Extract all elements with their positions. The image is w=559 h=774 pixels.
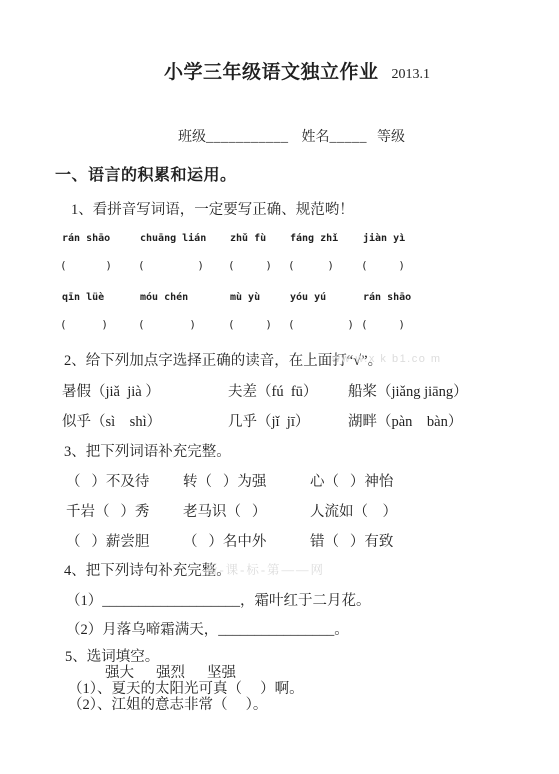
worksheet-page: 小学三年级语文独立作业 2013.1 班级 ___________ 姓名 ___… — [0, 0, 559, 774]
answer-parens: () — [228, 259, 272, 272]
idiom-blank: 人流如（ ） — [310, 500, 529, 521]
answer-parens: () — [228, 318, 272, 331]
answer-parens: () — [288, 318, 354, 331]
answer-parens: () — [361, 318, 405, 331]
q1-pinyin-row-2: qīn lüè móu chén mù yù yóu yú rán shāo — [62, 292, 519, 303]
answer-parens: () — [288, 259, 334, 272]
grade-label: 等级 — [377, 126, 405, 146]
section-heading: 一、语言的积累和运用。 — [55, 162, 237, 185]
idiom-blank: （ ）薪尝胆 — [66, 530, 183, 551]
pinyin-word: qīn lüè — [62, 292, 140, 303]
open-paren: ( — [228, 259, 235, 272]
pinyin-word: fáng zhǐ — [290, 233, 363, 244]
watermark-xinkebiao: 新-课-标-第——网 — [205, 560, 325, 578]
watermark-xkb1: ww w.x k b1.co m — [332, 353, 442, 365]
close-paren: ) — [105, 259, 112, 272]
answer-parens: () — [138, 318, 196, 331]
q3-prompt: 3、把下列词语补充完整。 — [64, 440, 231, 461]
idiom-blank: 转（ ）为强 — [183, 470, 310, 491]
close-paren: ) — [398, 259, 405, 272]
pronunciation-choice: 船桨（jiǎng jiāng） — [348, 380, 529, 401]
q2-row-1: 暑假（jiǎ jià ） 夫差（fú fū） 船桨（jiǎng jiāng） — [62, 380, 529, 401]
pronunciation-choice: 湖畔（pàn bàn） — [348, 410, 529, 431]
name-blank-line: _____ — [330, 130, 368, 146]
open-paren: ( — [288, 259, 295, 272]
close-paren: ) — [398, 318, 405, 331]
student-info-row: 班级 ___________ 姓名 _____ 等级 — [178, 126, 405, 146]
close-paren: ) — [347, 318, 354, 331]
open-paren: ( — [60, 318, 67, 331]
pronunciation-choice: 似乎（sì shì） — [62, 410, 228, 431]
q3-row-3: （ ）薪尝胆 （ ）名中外 错（ ）有致 — [66, 530, 529, 551]
open-paren: ( — [138, 318, 145, 331]
pinyin-word: rán shāo — [62, 233, 140, 244]
close-paren: ) — [327, 259, 334, 272]
pinyin-word: rán shāo — [363, 292, 519, 303]
q1-pinyin-row-1: rán shāo chuāng lián zhǔ fù fáng zhǐ jià… — [62, 233, 519, 244]
q1-answer-row-1: () () () () () — [60, 259, 519, 272]
close-paren: ) — [197, 259, 204, 272]
pinyin-word: jiàn yì — [363, 233, 519, 244]
idiom-blank: 老马识（ ） — [183, 500, 310, 521]
pronunciation-choice: 暑假（jiǎ jià ） — [62, 380, 228, 401]
q4-poem-line-2: （2）月落乌啼霜满天，________________。 — [66, 618, 349, 639]
open-paren: ( — [228, 318, 235, 331]
answer-parens: () — [60, 318, 108, 331]
worksheet-date: 2013.1 — [392, 67, 431, 83]
title-row: 小学三年级语文独立作业 2013.1 — [164, 57, 430, 84]
open-paren: ( — [288, 318, 295, 331]
pinyin-word: chuāng lián — [140, 233, 230, 244]
close-paren: ) — [265, 259, 272, 272]
close-paren: ) — [189, 318, 196, 331]
idiom-blank: （ ）不及待 — [66, 470, 183, 491]
pinyin-word: zhǔ fù — [230, 233, 290, 244]
open-paren: ( — [60, 259, 67, 272]
q1-prompt: 1、看拼音写词语，一定要写正确、规范哟！ — [71, 198, 354, 219]
q3-row-2: 千岩（ ）秀 老马识（ ） 人流如（ ） — [66, 500, 529, 521]
answer-parens: () — [138, 259, 204, 272]
pronunciation-choice: 几乎（jǐ jī） — [228, 410, 348, 431]
q5-sentence-2: （2）、江姐的意志非常（ ）。 — [68, 693, 267, 714]
class-blank-line: ___________ — [206, 130, 289, 146]
answer-parens: () — [361, 259, 405, 272]
q4-poem-line-1: （1）___________________，霜叶红于二月花。 — [66, 589, 371, 610]
idiom-blank: （ ）名中外 — [183, 530, 310, 551]
pinyin-word: yóu yú — [290, 292, 363, 303]
name-label: 姓名 — [302, 126, 330, 146]
pinyin-word: móu chén — [140, 292, 230, 303]
answer-parens: () — [60, 259, 112, 272]
close-paren: ) — [101, 318, 108, 331]
worksheet-title: 小学三年级语文独立作业 — [164, 57, 379, 84]
idiom-blank: 错（ ）有致 — [310, 530, 529, 551]
idiom-blank: 千岩（ ）秀 — [66, 500, 183, 521]
q2-row-2: 似乎（sì shì） 几乎（jǐ jī） 湖畔（pàn bàn） — [62, 410, 529, 431]
pinyin-word: mù yù — [230, 292, 290, 303]
pronunciation-choice: 夫差（fú fū） — [228, 380, 348, 401]
open-paren: ( — [361, 259, 368, 272]
class-label: 班级 — [178, 126, 206, 146]
q3-row-1: （ ）不及待 转（ ）为强 心（ ）神怡 — [66, 470, 529, 491]
open-paren: ( — [138, 259, 145, 272]
q1-answer-row-2: () () () () () — [60, 318, 519, 331]
open-paren: ( — [361, 318, 368, 331]
close-paren: ) — [265, 318, 272, 331]
idiom-blank: 心（ ）神怡 — [310, 470, 529, 491]
